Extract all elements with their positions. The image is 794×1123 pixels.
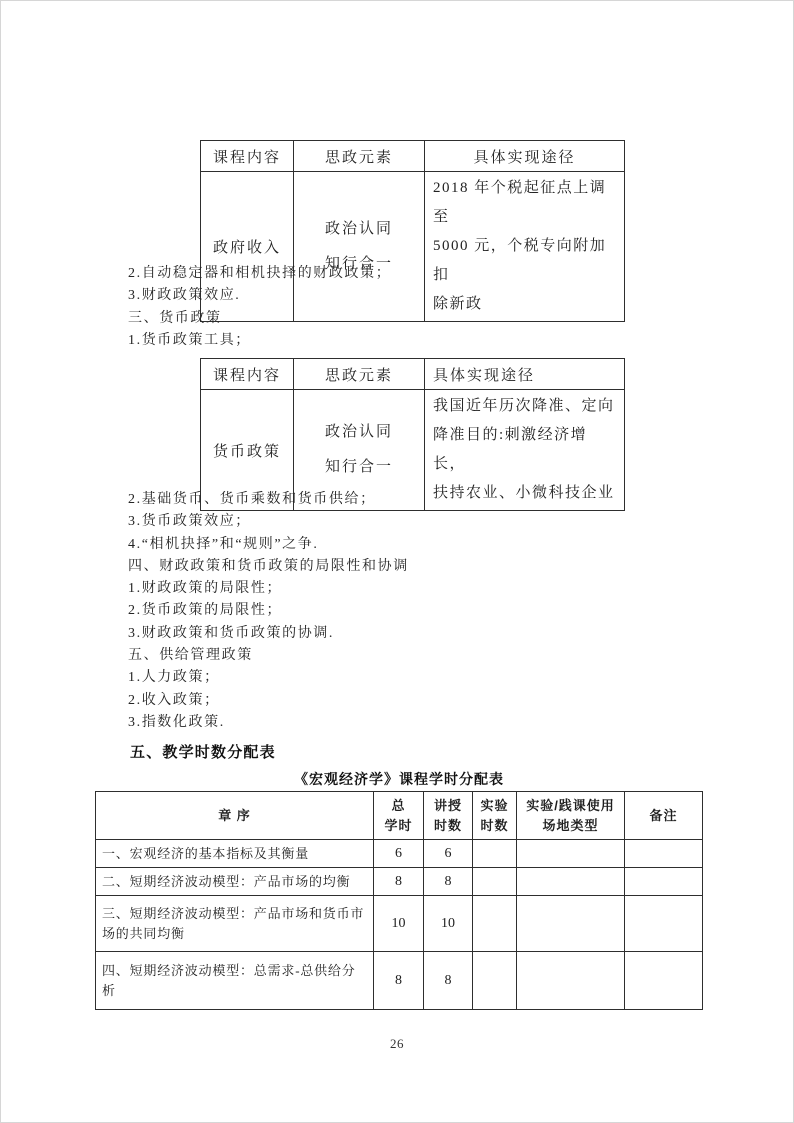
list-item: 2.基础货币、货币乘数和货币供给； xyxy=(128,489,409,511)
list-item: 1.货币政策工具； xyxy=(128,330,391,352)
hours-header-note: 备注 xyxy=(625,792,703,840)
si-table-2-header-ideology-element: 思政元素 xyxy=(294,359,425,390)
hours-allocation-table: 章 序 总 学时 讲授 时数 实验 时数 实验/践课使用 场地类型 备注 一、宏… xyxy=(95,791,703,1010)
hours-cell-venue xyxy=(517,868,625,896)
si-table-1-cell-path: 2018 年个税起征点上调至 5000 元，个税专向附加扣 除新政 xyxy=(425,172,625,322)
hours-cell-chapter: 二、短期经济波动模型：产品市场的均衡 xyxy=(96,868,374,896)
hours-header-chapter: 章 序 xyxy=(96,792,374,840)
list-item: 2.货币政策的局限性； xyxy=(128,600,409,622)
list-item: 2.收入政策； xyxy=(128,690,409,712)
hours-cell-chapter: 四、短期经济波动模型：总需求-总供给分析 xyxy=(96,952,374,1010)
hours-cell-lecture: 6 xyxy=(424,840,473,868)
document-page: 课程内容 思政元素 具体实现途径 政府收入 政治认同 知行合一 2018 年个税… xyxy=(0,0,794,1123)
hours-table-row: 一、宏观经济的基本指标及其衡量 6 6 xyxy=(96,840,703,868)
hours-cell-note xyxy=(625,868,703,896)
list-item: 3.财政政策效应. xyxy=(128,285,391,307)
list-policy-outline: 2.基础货币、货币乘数和货币供给； 3.货币政策效应； 4.“相机抉择”和“规则… xyxy=(128,489,409,734)
list-item: 3.指数化政策. xyxy=(128,712,409,734)
hours-cell-note xyxy=(625,952,703,1010)
hours-table-row: 三、短期经济波动模型：产品市场和货币市场的共同均衡 10 10 xyxy=(96,896,703,952)
hours-cell-lecture: 10 xyxy=(424,896,473,952)
si-table-2-header-row: 课程内容 思政元素 具体实现途径 xyxy=(201,359,625,390)
hours-cell-lab xyxy=(473,840,517,868)
hours-cell-lab xyxy=(473,868,517,896)
si-table-1-header-course-content: 课程内容 xyxy=(201,141,294,172)
hours-header-lab-hours: 实验 时数 xyxy=(473,792,517,840)
hours-header-venue-type: 实验/践课使用 场地类型 xyxy=(517,792,625,840)
hours-cell-venue xyxy=(517,840,625,868)
list-item: 1.人力政策； xyxy=(128,667,409,689)
hours-table-row: 四、短期经济波动模型：总需求-总供给分析 8 8 xyxy=(96,952,703,1010)
hours-cell-lab xyxy=(473,952,517,1010)
hours-cell-total: 6 xyxy=(374,840,424,868)
hours-cell-lecture: 8 xyxy=(424,952,473,1010)
hours-cell-chapter: 三、短期经济波动模型：产品市场和货币市场的共同均衡 xyxy=(96,896,374,952)
hours-header-lecture-hours: 讲授 时数 xyxy=(424,792,473,840)
list-fiscal-policy: 2.自动稳定器和相机抉择的财政政策； 3.财政政策效应. 三、货币政策 1.货币… xyxy=(128,263,391,353)
page-number: 26 xyxy=(0,1036,794,1052)
list-item: 三、货币政策 xyxy=(128,308,391,330)
si-table-1-header-row: 课程内容 思政元素 具体实现途径 xyxy=(201,141,625,172)
hours-table-header-row: 章 序 总 学时 讲授 时数 实验 时数 实验/践课使用 场地类型 备注 xyxy=(96,792,703,840)
hours-cell-total: 8 xyxy=(374,952,424,1010)
hours-table-title: 《宏观经济学》课程学时分配表 xyxy=(95,769,703,789)
hours-cell-note xyxy=(625,896,703,952)
hours-cell-chapter: 一、宏观经济的基本指标及其衡量 xyxy=(96,840,374,868)
hours-cell-lab xyxy=(473,896,517,952)
list-item: 3.财政政策和货币政策的协调. xyxy=(128,623,409,645)
hours-cell-total: 8 xyxy=(374,868,424,896)
list-item: 2.自动稳定器和相机抉择的财政政策； xyxy=(128,263,391,285)
hours-header-total-hours: 总 学时 xyxy=(374,792,424,840)
hours-cell-total: 10 xyxy=(374,896,424,952)
si-table-1-header-ideology-element: 思政元素 xyxy=(294,141,425,172)
hours-cell-note xyxy=(625,840,703,868)
hours-table-row: 二、短期经济波动模型：产品市场的均衡 8 8 xyxy=(96,868,703,896)
hours-cell-lecture: 8 xyxy=(424,868,473,896)
si-table-1-header-implementation-path: 具体实现途径 xyxy=(425,141,625,172)
section-heading-teaching-hours: 五、教学时数分配表 xyxy=(130,741,276,762)
si-table-2-header-course-content: 课程内容 xyxy=(201,359,294,390)
list-item: 4.“相机抉择”和“规则”之争. xyxy=(128,534,409,556)
list-item: 四、财政政策和货币政策的局限性和协调 xyxy=(128,556,409,578)
list-item: 五、供给管理政策 xyxy=(128,645,409,667)
si-table-2-header-implementation-path: 具体实现途径 xyxy=(425,359,625,390)
list-item: 3.货币政策效应； xyxy=(128,511,409,533)
hours-cell-venue xyxy=(517,952,625,1010)
si-table-2-cell-path: 我国近年历次降准、定向 降准目的:刺激经济增长， 扶持农业、小微科技企业 xyxy=(425,390,625,511)
hours-cell-venue xyxy=(517,896,625,952)
list-item: 1.财政政策的局限性； xyxy=(128,578,409,600)
